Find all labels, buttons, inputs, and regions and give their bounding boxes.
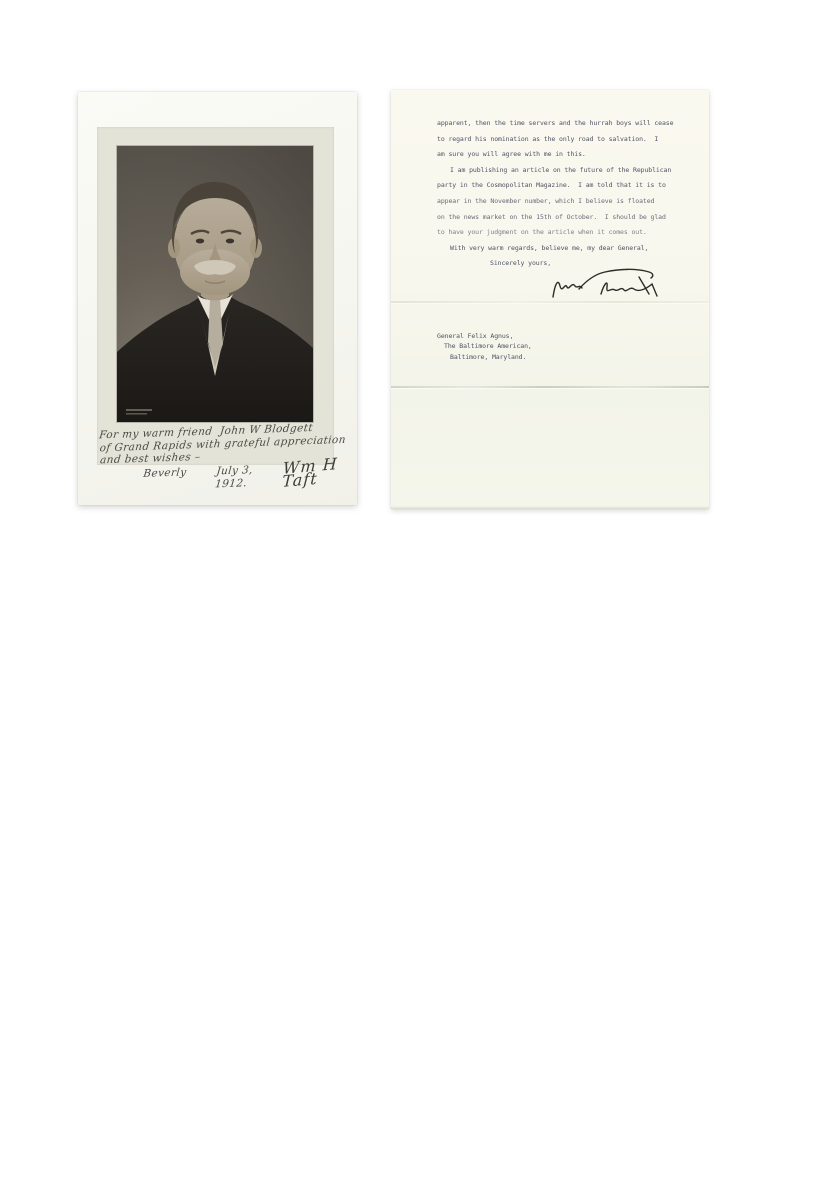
letter-line: am sure you will agree with me in this. (437, 147, 677, 163)
letter-line: With very warm regards, believe me, my d… (437, 241, 677, 257)
letter-line: to have your judgment on the article whe… (437, 225, 677, 241)
photo-mount-mat (97, 127, 334, 465)
recipient-line: General Felix Agnus, (437, 331, 532, 341)
recipient-line: The Baltimore American, (437, 341, 532, 351)
letter-line: party in the Cosmopolitan Magazine. I am… (437, 178, 677, 194)
paper-fold-crease-upper (391, 301, 709, 303)
signed-photograph-card: For my warm friend John W Blodgett of Gr… (78, 92, 357, 505)
left-eye (196, 239, 204, 244)
recipient-address-block: General Felix Agnus, The Baltimore Ameri… (437, 331, 532, 362)
scan-background: For my warm friend John W Blodgett of Gr… (0, 0, 819, 1197)
paper-bottom-edge (391, 506, 709, 509)
inscription-place: Beverly (143, 466, 187, 480)
letter-line: appear in the November number, which I b… (437, 194, 677, 210)
taft-signature-letter (549, 264, 669, 304)
letter-line: I am publishing an article on the future… (437, 163, 677, 179)
paper-fold-crease-lower (391, 386, 709, 388)
typed-letter-page: apparent, then the time servers and the … (391, 90, 709, 509)
letter-line: apparent, then the time servers and the … (437, 116, 677, 132)
letter-line: on the news market on the 15th of Octobe… (437, 210, 677, 226)
letter-body: apparent, then the time servers and the … (437, 116, 677, 272)
taft-portrait-photo (117, 146, 313, 422)
letter-line: to regard his nomination as the only roa… (437, 132, 677, 148)
taft-portrait-illustration (117, 146, 313, 422)
recipient-line: Baltimore, Maryland. (437, 352, 532, 362)
right-eye (226, 239, 234, 244)
inscription-date: July 3, 1912. (214, 463, 269, 490)
